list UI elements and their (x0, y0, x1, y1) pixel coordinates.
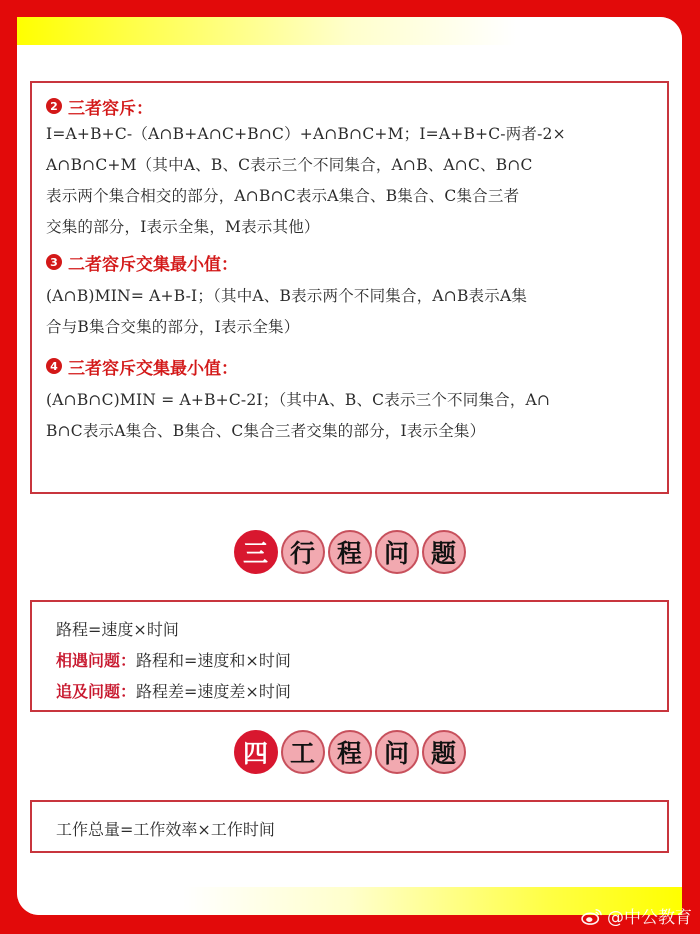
set-formulas-box: 2 三者容斥： I=A+B+C-（A∩B+A∩C+B∩C）+A∩B∩C+M；I=… (30, 81, 669, 494)
travel-line-basic: 路程=速度×时间 (56, 614, 667, 645)
watermark-text: @中公教育 (607, 903, 692, 928)
formula-body: (A∩B)MIN= A+B-I；（其中A、B表示两个不同集合，A∩B表示A集 合… (46, 281, 653, 343)
chase-problem-label: 追及问题： (56, 682, 136, 701)
number-badge-icon: 4 (46, 358, 62, 374)
weibo-icon (581, 907, 603, 925)
formula-line: 交集的部分，I表示全集，M表示其他） (46, 212, 653, 243)
formula-body: I=A+B+C-（A∩B+A∩C+B∩C）+A∩B∩C+M；I=A+B+C-两者… (46, 119, 653, 243)
formula-line: 表示两个集合相交的部分，A∩B∩C表示A集合、B集合、C集合三者 (46, 181, 653, 212)
number-badge-icon: 3 (46, 254, 62, 270)
formula-line: 合与B集合交集的部分，I表示全集） (46, 312, 653, 343)
number-badge-icon: 2 (46, 98, 62, 114)
travel-line-meeting: 相遇问题：路程和=速度和×时间 (56, 645, 667, 676)
formula-line: B∩C表示A集合、B集合、C集合三者交集的部分，I表示全集） (46, 416, 653, 447)
formula-line: (A∩B∩C)MIN = A+B+C-2I；（其中A、B、C表示三个不同集合，A… (46, 385, 653, 416)
title-circle-char: 问 (375, 530, 419, 574)
section-title-work: 四 工 程 问 题 (17, 730, 682, 774)
top-yellow-band (17, 17, 682, 45)
formula-heading: 4 三者容斥交集最小值： (46, 353, 653, 379)
formula-heading: 2 三者容斥： (46, 93, 653, 119)
watermark: @中公教育 (581, 903, 692, 928)
formula-heading-text: 二者容斥交集最小值： (68, 250, 238, 275)
travel-formulas-box: 路程=速度×时间 相遇问题：路程和=速度和×时间 追及问题：路程差=速度差×时间 (30, 600, 669, 712)
formula-heading-text: 三者容斥交集最小值： (68, 354, 238, 379)
formula-item-2: 2 三者容斥： I=A+B+C-（A∩B+A∩C+B∩C）+A∩B∩C+M；I=… (46, 93, 653, 243)
title-circle-char: 题 (422, 730, 466, 774)
formula-text: 路程=速度×时间 (56, 620, 179, 639)
formula-line: (A∩B)MIN= A+B-I；（其中A、B表示两个不同集合，A∩B表示A集 (46, 281, 653, 312)
formula-text: 工作总量=工作效率×工作时间 (56, 820, 275, 839)
meeting-problem-label: 相遇问题： (56, 651, 136, 670)
formula-heading: 3 二者容斥交集最小值： (46, 249, 653, 275)
formula-text: 路程差=速度差×时间 (136, 682, 291, 701)
formula-item-4: 4 三者容斥交集最小值： (A∩B∩C)MIN = A+B+C-2I；（其中A、… (46, 353, 653, 447)
formula-heading-text: 三者容斥： (68, 94, 153, 119)
formula-line: A∩B∩C+M（其中A、B、C表示三个不同集合，A∩B、A∩C、B∩C (46, 150, 653, 181)
formula-line: I=A+B+C-（A∩B+A∩C+B∩C）+A∩B∩C+M；I=A+B+C-两者… (46, 119, 653, 150)
work-formulas-box: 工作总量=工作效率×工作时间 (30, 800, 669, 853)
formula-body: (A∩B∩C)MIN = A+B+C-2I；（其中A、B、C表示三个不同集合，A… (46, 385, 653, 447)
content-card: 2 三者容斥： I=A+B+C-（A∩B+A∩C+B∩C）+A∩B∩C+M；I=… (17, 17, 682, 915)
work-line: 工作总量=工作效率×工作时间 (56, 814, 667, 845)
title-circle-char: 问 (375, 730, 419, 774)
title-circle-number: 三 (234, 530, 278, 574)
title-circle-char: 题 (422, 530, 466, 574)
travel-line-chase: 追及问题：路程差=速度差×时间 (56, 676, 667, 707)
formula-item-3: 3 二者容斥交集最小值： (A∩B)MIN= A+B-I；（其中A、B表示两个不… (46, 249, 653, 343)
formula-text: 路程和=速度和×时间 (136, 651, 291, 670)
title-circle-char: 程 (328, 730, 372, 774)
title-circle-number: 四 (234, 730, 278, 774)
section-title-travel: 三 行 程 问 题 (17, 530, 682, 574)
title-circle-char: 程 (328, 530, 372, 574)
title-circle-char: 行 (281, 530, 325, 574)
title-circle-char: 工 (281, 730, 325, 774)
